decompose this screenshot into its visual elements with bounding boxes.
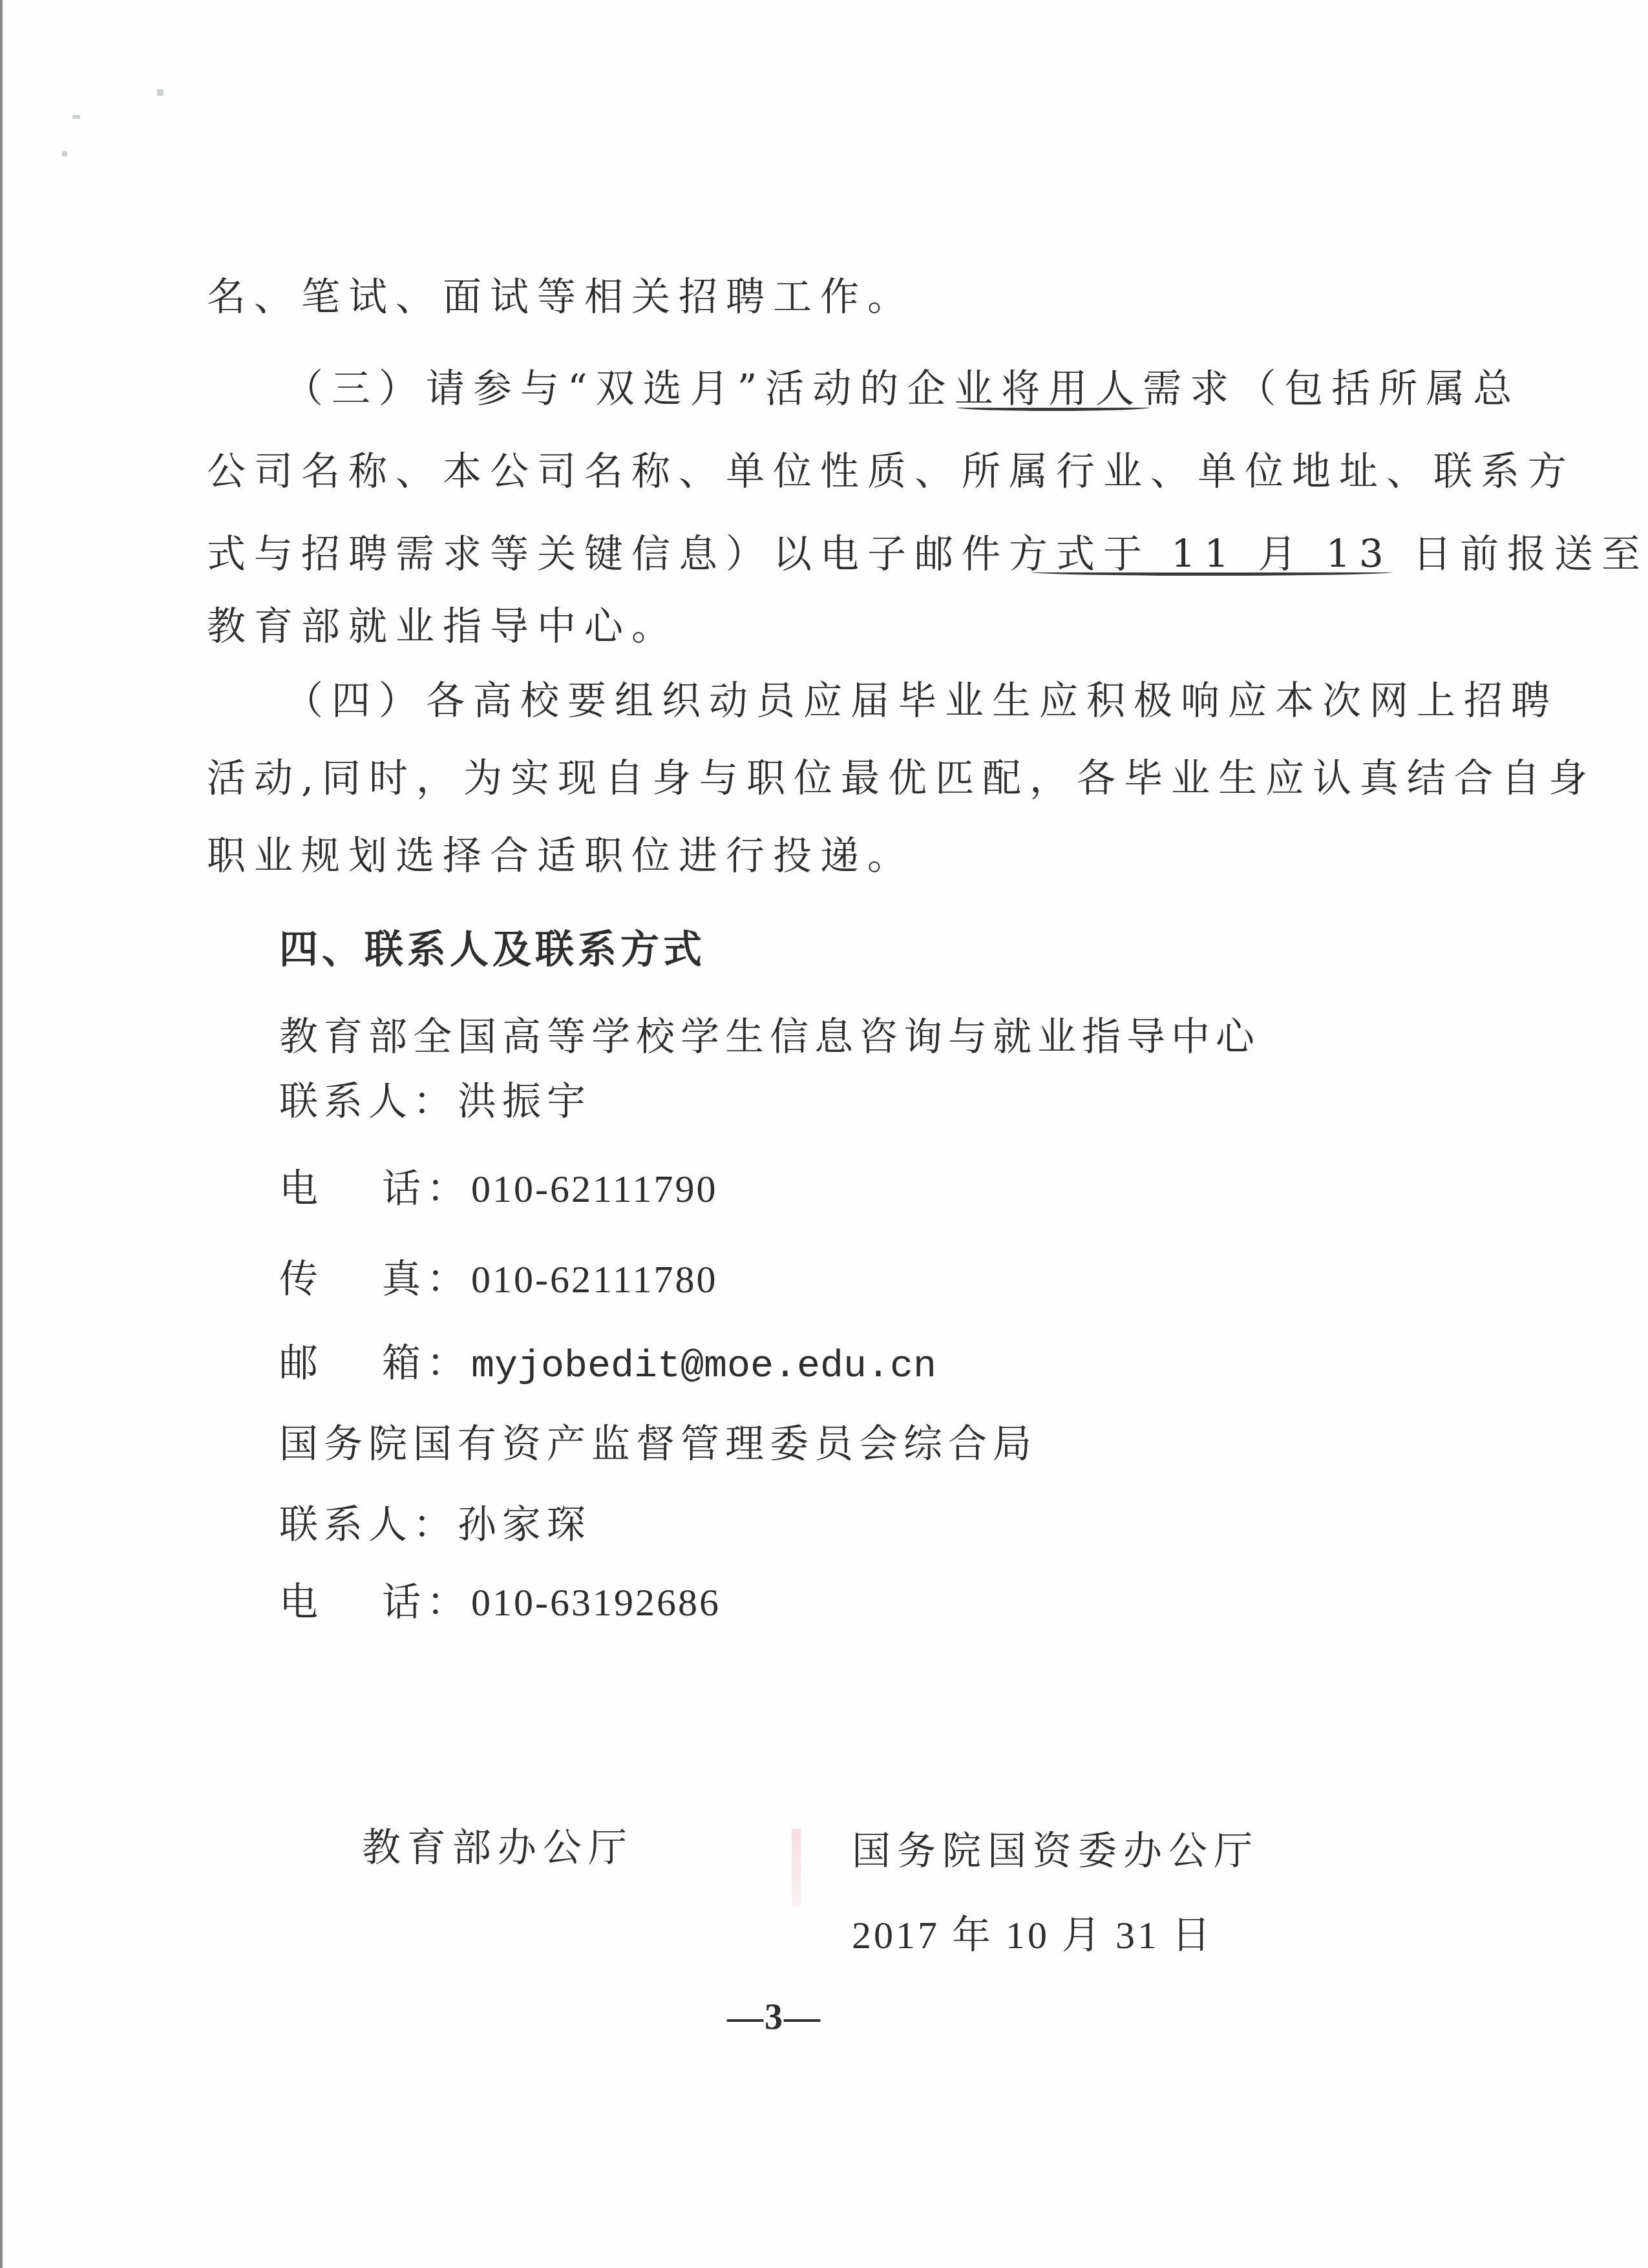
paragraph-line: 式与招聘需求等关键信息）以电子邮件方式于 11 月 13 日前报送至 — [207, 529, 1648, 580]
handwritten-underline — [956, 404, 1150, 411]
contact-email-row: 邮箱：myjobedit@moe.edu.cn — [279, 1338, 936, 1392]
signature-date: 2017 年 10 月 31 日 — [852, 1909, 1213, 1961]
handwritten-underline — [1031, 569, 1393, 576]
fax-label: 真： — [382, 1257, 471, 1302]
contact-phone-row: 电话：010-62111790 — [279, 1163, 718, 1215]
contact-email[interactable]: myjobedit@moe.edu.cn — [471, 1345, 936, 1389]
fax-label: 传 — [279, 1257, 324, 1302]
page-number: —3— — [727, 1997, 821, 2038]
phone-label: 话： — [382, 1580, 471, 1625]
contact-fax-row: 传真：010-62111780 — [279, 1254, 718, 1305]
email-label: 邮 — [279, 1341, 324, 1386]
seal-trace — [792, 1829, 801, 1906]
signature-left: 教育部办公厅 — [362, 1822, 633, 1874]
email-label: 箱： — [382, 1341, 471, 1386]
contact-person-row: 联系人：孙家琛 — [279, 1499, 591, 1551]
paragraph-line: 教育部就业指导中心。 — [207, 601, 679, 653]
scan-speck — [157, 89, 164, 96]
paragraph-line: （三）请参与“双选月”活动的企业将用人需求（包括所属总 — [284, 363, 1520, 415]
paragraph-line: 公司名称、本公司名称、单位性质、所属行业、单位地址、联系方 — [207, 446, 1575, 498]
contact-phone: 010-63192686 — [471, 1581, 721, 1624]
scan-speck — [72, 115, 80, 119]
signature-right: 国务院国资委办公厅 — [852, 1825, 1259, 1877]
paragraph-line: 活动,同时，为实现自身与职位最优匹配，各毕业生应认真结合自身 — [207, 753, 1596, 804]
scan-speck — [62, 151, 67, 156]
contact-person: 孙家琛 — [458, 1502, 591, 1548]
phone-label: 话： — [382, 1166, 471, 1212]
contact-person-label: 联系人： — [279, 1079, 458, 1124]
section-heading: 四、联系人及联系方式 — [279, 924, 706, 976]
paragraph-line: 名、笔试、面试等相关招聘工作。 — [207, 271, 914, 323]
contact-person-row: 联系人：洪振宇 — [279, 1076, 591, 1128]
contact-organization: 教育部全国高等学校学生信息咨询与就业指导中心 — [279, 1011, 1260, 1063]
contact-fax: 010-62111780 — [471, 1258, 718, 1301]
phone-label: 电 — [279, 1166, 324, 1212]
phone-label: 电 — [279, 1580, 324, 1625]
contact-phone-row: 电话：010-63192686 — [279, 1577, 721, 1628]
contact-organization: 国务院国有资产监督管理委员会综合局 — [279, 1418, 1037, 1470]
contact-person: 洪振宇 — [458, 1079, 591, 1124]
contact-person-label: 联系人： — [279, 1502, 458, 1548]
paragraph-line: （四）各高校要组织动员应届毕业生应积极响应本次网上招聘 — [284, 675, 1558, 727]
scan-edge-shadow — [0, 0, 3, 2268]
paragraph-line: 职业规划选择合适职位进行投递。 — [207, 830, 914, 882]
contact-phone: 010-62111790 — [471, 1168, 718, 1210]
